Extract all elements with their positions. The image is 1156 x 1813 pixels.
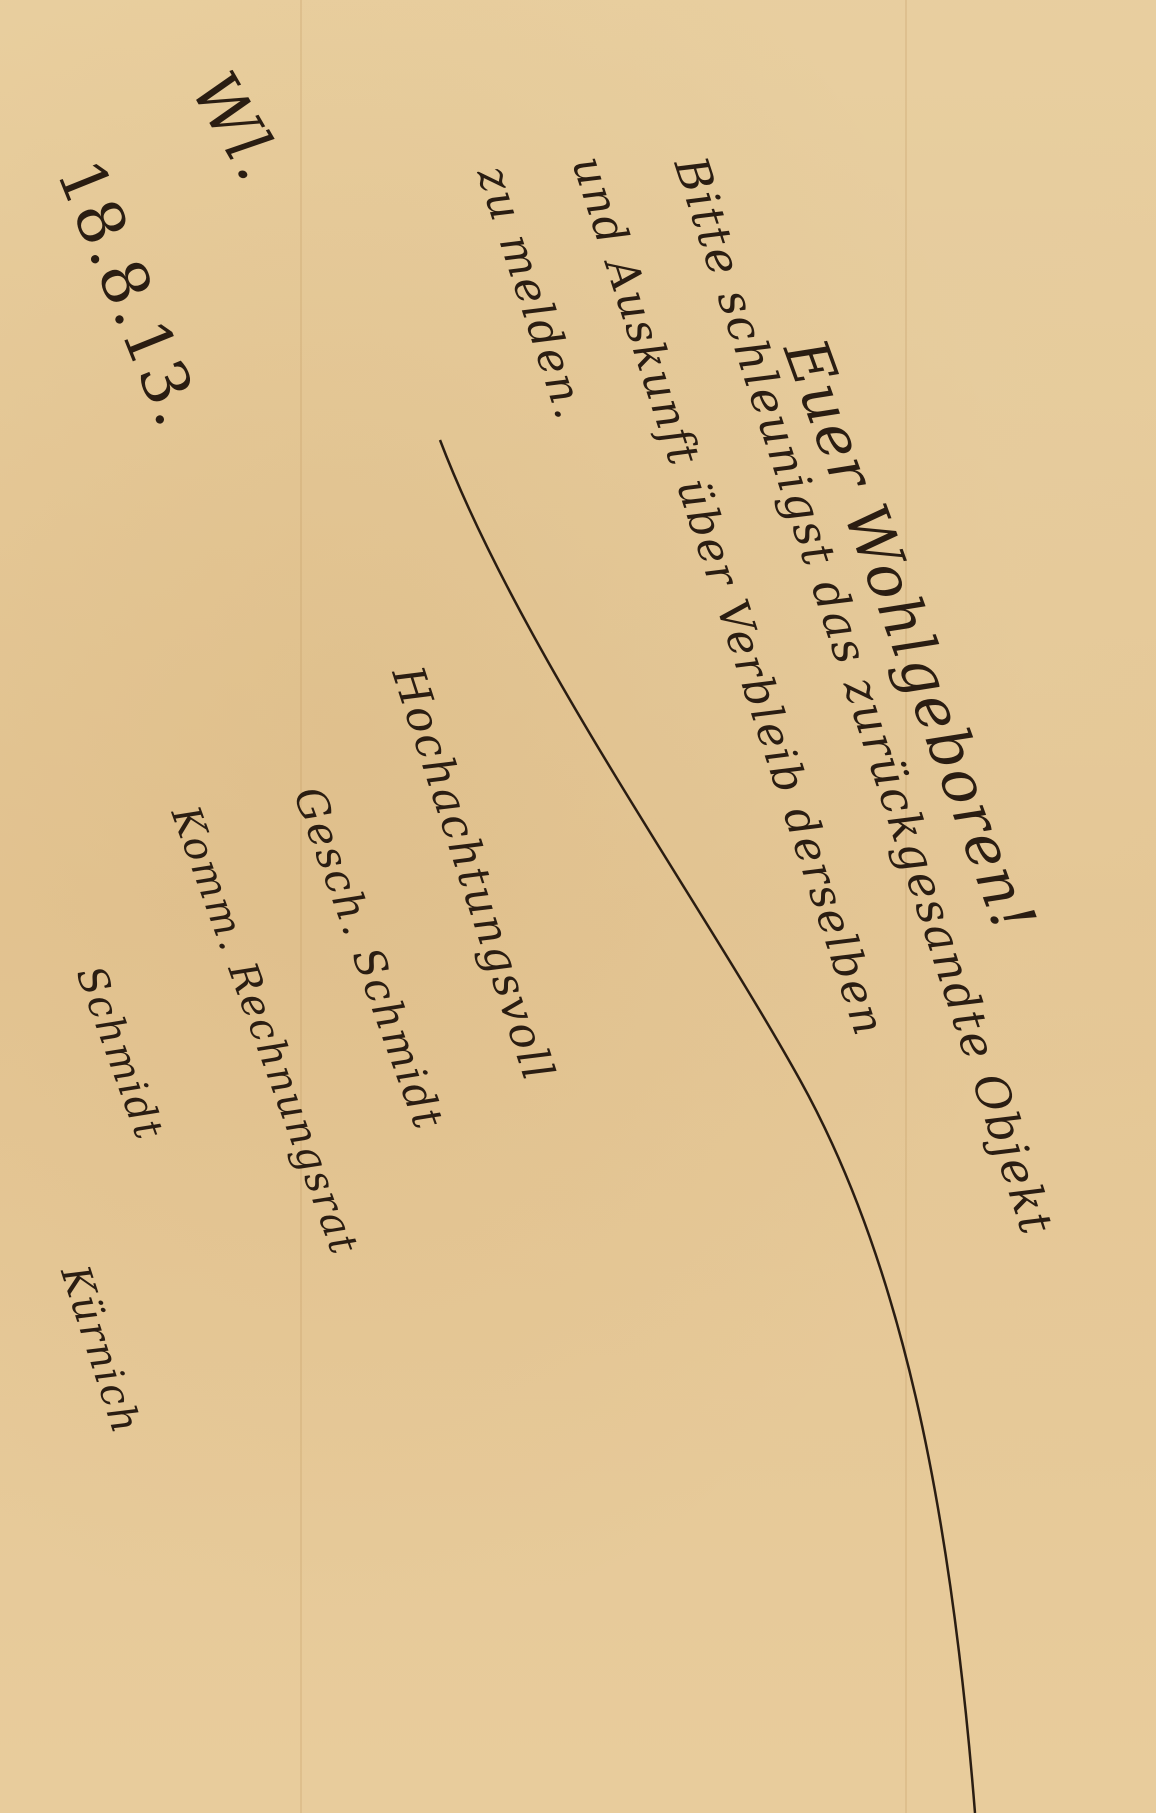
postcard-paper: Euer Wohlgeboren! Bitte schleunigst das … — [0, 0, 1156, 1813]
